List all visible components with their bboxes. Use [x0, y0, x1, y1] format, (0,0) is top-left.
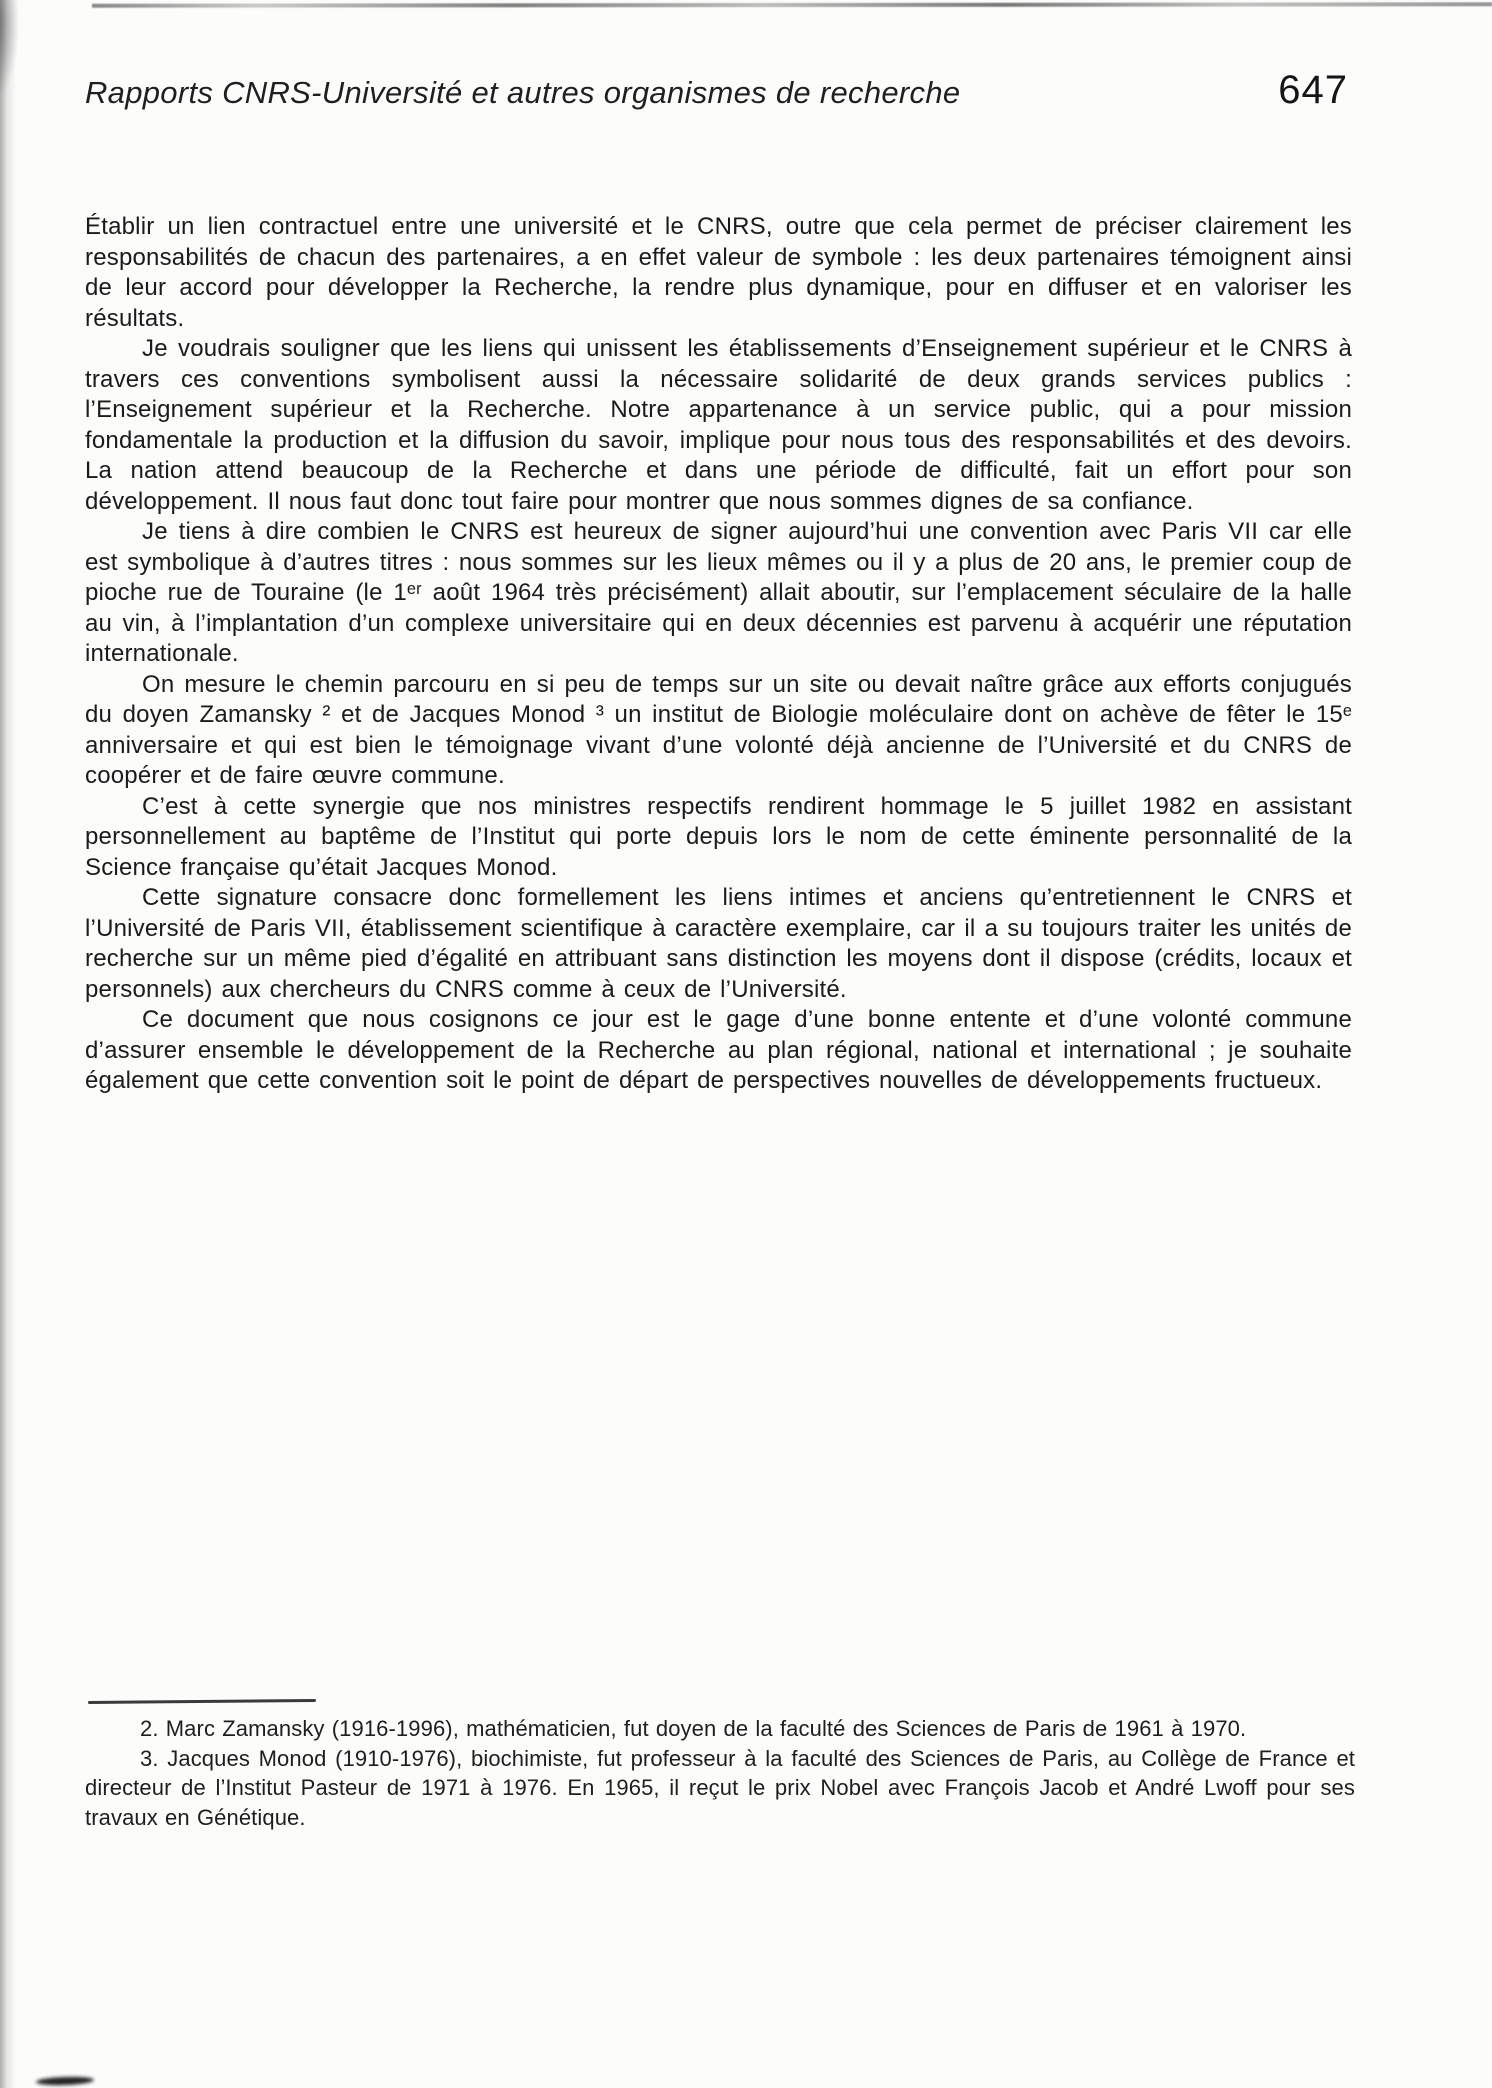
footnote: 3. Jacques Monod (1910-1976), biochimist…	[85, 1744, 1355, 1833]
footnote: 2. Marc Zamansky (1916-1996), mathématic…	[85, 1714, 1355, 1744]
paragraph: Établir un lien contractuel entre une un…	[85, 212, 1352, 334]
running-head: Rapports CNRS-Université et autres organ…	[85, 68, 1352, 113]
footnotes: 2. Marc Zamansky (1916-1996), mathématic…	[85, 1714, 1355, 1832]
paragraph: Ce document que nous cosignons ce jour e…	[85, 1005, 1352, 1097]
body-text: Établir un lien contractuel entre une un…	[85, 212, 1352, 1097]
paragraph: Je tiens à dire combien le CNRS est heur…	[85, 517, 1352, 670]
corner-shade-artifact	[0, 0, 20, 100]
paragraph: On mesure le chemin parcouru en si peu d…	[85, 670, 1352, 792]
scanned-book-page: { "doc": { "header": { "title": "Rapport…	[0, 0, 1492, 2088]
paragraph: Je voudrais souligner que les liens qui …	[85, 334, 1352, 517]
page-number: 647	[1278, 68, 1352, 113]
running-head-title: Rapports CNRS-Université et autres organ…	[85, 75, 960, 111]
gutter-shadow-artifact	[0, 0, 16, 2088]
paragraph: C’est à cette synergie que nos ministres…	[85, 792, 1352, 884]
paragraph: Cette signature consacre donc formelleme…	[85, 883, 1352, 1005]
